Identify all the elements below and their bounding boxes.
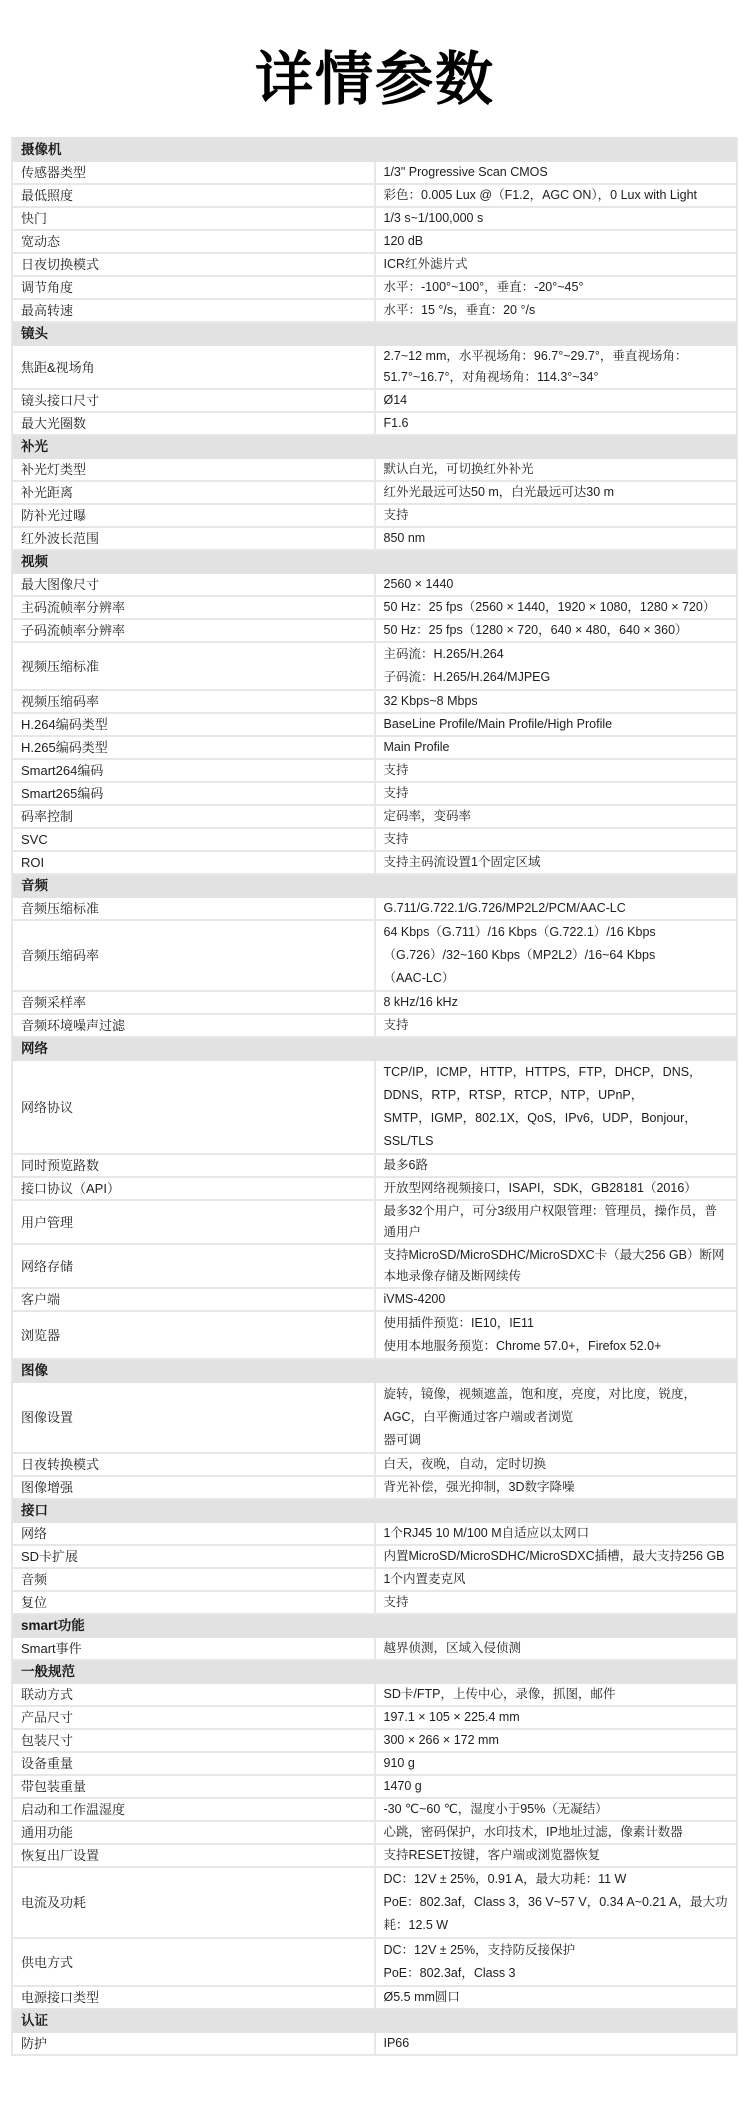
spec-value-line: Main Profile: [384, 737, 729, 758]
spec-value: 支持RESET按键，客户端或浏览器恢复: [375, 1844, 738, 1867]
spec-value: 旋转，镜像，视频遮盖，饱和度，亮度，对比度，锐度，AGC，白平衡通过客户端或者浏…: [375, 1382, 738, 1453]
spec-label: SVC: [12, 828, 375, 851]
spec-row: 视频压缩码率32 Kbps~8 Mbps: [12, 690, 737, 713]
spec-value-line: iVMS-4200: [384, 1289, 729, 1310]
section-header: 网络: [12, 1037, 737, 1060]
spec-row: 电流及功耗DC：12V ± 25%，0.91 A，最大功耗：11 WPoE：80…: [12, 1867, 737, 1938]
spec-table: 摄像机传感器类型1/3" Progressive Scan CMOS最低照度彩色…: [11, 137, 738, 2056]
spec-label: 图像增强: [12, 1476, 375, 1499]
section-title: smart功能: [12, 1614, 737, 1637]
spec-value-line: 开放型网络视频接口，ISAPI，SDK，GB28181（2016）: [384, 1178, 729, 1199]
section-header: 一般规范: [12, 1660, 737, 1683]
section-title: 网络: [12, 1037, 737, 1060]
spec-value-line: 1470 g: [384, 1776, 729, 1797]
spec-label: 传感器类型: [12, 161, 375, 184]
spec-table-body: 摄像机传感器类型1/3" Progressive Scan CMOS最低照度彩色…: [12, 138, 737, 2055]
section-title: 接口: [12, 1499, 737, 1522]
spec-value: 1个RJ45 10 M/100 M自适应以太网口: [375, 1522, 738, 1545]
spec-row: 浏览器使用插件预览：IE10，IE11使用本地服务预览：Chrome 57.0+…: [12, 1311, 737, 1359]
spec-value: SD卡/FTP，上传中心，录像，抓图，邮件: [375, 1683, 738, 1706]
spec-label: Smart265编码: [12, 782, 375, 805]
spec-value-line: 器可调: [384, 1429, 729, 1452]
spec-label: 同时预览路数: [12, 1154, 375, 1177]
spec-value-line: 支持: [384, 505, 729, 526]
section-header: 补光: [12, 435, 737, 458]
spec-value-line: 主码流：H.265/H.264: [384, 643, 729, 666]
spec-value: 开放型网络视频接口，ISAPI，SDK，GB28181（2016）: [375, 1177, 738, 1200]
spec-row: 用户管理最多32个用户，可分3级用户权限管理：管理员，操作员，普通用户: [12, 1200, 737, 1244]
spec-label: 产品尺寸: [12, 1706, 375, 1729]
section-title: 音频: [12, 874, 737, 897]
spec-row: 音频压缩标准G.711/G.722.1/G.726/MP2L2/PCM/AAC-…: [12, 897, 737, 920]
spec-value: 越界侦测，区域入侵侦测: [375, 1637, 738, 1660]
spec-row: 防护IP66: [12, 2032, 737, 2055]
spec-label: 带包装重量: [12, 1775, 375, 1798]
spec-label: 最低照度: [12, 184, 375, 207]
spec-row: 最大图像尺寸2560 × 1440: [12, 573, 737, 596]
spec-label: Smart264编码: [12, 759, 375, 782]
spec-value-line: 心跳，密码保护，水印技术，IP地址过滤，像素计数器: [384, 1822, 729, 1843]
section-header: 图像: [12, 1359, 737, 1382]
spec-value: 120 dB: [375, 230, 738, 253]
spec-label: 红外波长范围: [12, 527, 375, 550]
spec-value-line: 默认白光，可切换红外补光: [384, 459, 729, 480]
spec-value: 主码流：H.265/H.264子码流：H.265/H.264/MJPEG: [375, 642, 738, 690]
spec-label: SD卡扩展: [12, 1545, 375, 1568]
spec-row: H.265编码类型Main Profile: [12, 736, 737, 759]
spec-label: 供电方式: [12, 1938, 375, 1986]
section-header: 接口: [12, 1499, 737, 1522]
spec-value: 最多32个用户，可分3级用户权限管理：管理员，操作员，普通用户: [375, 1200, 738, 1244]
spec-value-line: 最多32个用户，可分3级用户权限管理：管理员，操作员，普通用户: [384, 1201, 729, 1243]
spec-value-line: 支持MicroSD/MicroSDHC/MicroSDXC卡（最大256 GB）…: [384, 1245, 729, 1287]
section-header: 摄像机: [12, 138, 737, 161]
spec-row: 图像设置旋转，镜像，视频遮盖，饱和度，亮度，对比度，锐度，AGC，白平衡通过客户…: [12, 1382, 737, 1453]
spec-label: Smart事件: [12, 1637, 375, 1660]
spec-row: 码率控制定码率，变码率: [12, 805, 737, 828]
spec-value: 64 Kbps（G.711）/16 Kbps（G.722.1）/16 Kbps（…: [375, 920, 738, 991]
spec-value-line: 子码流：H.265/H.264/MJPEG: [384, 666, 729, 689]
spec-label: 网络: [12, 1522, 375, 1545]
spec-row: 接口协议（API）开放型网络视频接口，ISAPI，SDK，GB28181（201…: [12, 1177, 737, 1200]
spec-value-line: 1个RJ45 10 M/100 M自适应以太网口: [384, 1523, 729, 1544]
spec-row: 最大光圈数F1.6: [12, 412, 737, 435]
spec-label: 用户管理: [12, 1200, 375, 1244]
spec-value: 1/3" Progressive Scan CMOS: [375, 161, 738, 184]
spec-value: TCP/IP，ICMP，HTTP，HTTPS，FTP，DHCP，DNS，DDNS…: [375, 1060, 738, 1154]
spec-value: 水平：-100°~100°，垂直：-20°~45°: [375, 276, 738, 299]
spec-value-line: 旋转，镜像，视频遮盖，饱和度，亮度，对比度，锐度，AGC，白平衡通过客户端或者浏…: [384, 1383, 729, 1429]
section-title: 图像: [12, 1359, 737, 1382]
spec-value-line: ICR红外滤片式: [384, 254, 729, 275]
spec-row: 快门1/3 s~1/100,000 s: [12, 207, 737, 230]
spec-row: 网络1个RJ45 10 M/100 M自适应以太网口: [12, 1522, 737, 1545]
spec-label: 主码流帧率分辨率: [12, 596, 375, 619]
spec-value-line: 水平：-100°~100°，垂直：-20°~45°: [384, 277, 729, 298]
spec-row: 音频环境噪声过滤支持: [12, 1014, 737, 1037]
spec-row: Smart265编码支持: [12, 782, 737, 805]
spec-row: 通用功能心跳，密码保护，水印技术，IP地址过滤，像素计数器: [12, 1821, 737, 1844]
spec-value-line: （AAC-LC）: [384, 967, 729, 990]
spec-value: 支持主码流设置1个固定区域: [375, 851, 738, 874]
spec-label: 通用功能: [12, 1821, 375, 1844]
spec-label: 防补光过曝: [12, 504, 375, 527]
spec-value-line: 910 g: [384, 1753, 729, 1774]
spec-label: 音频: [12, 1568, 375, 1591]
spec-value: 1470 g: [375, 1775, 738, 1798]
spec-value-line: 支持主码流设置1个固定区域: [384, 852, 729, 873]
spec-value-line: SD卡/FTP，上传中心，录像，抓图，邮件: [384, 1684, 729, 1705]
spec-label: 镜头接口尺寸: [12, 389, 375, 412]
spec-value-line: 支持RESET按键，客户端或浏览器恢复: [384, 1845, 729, 1866]
spec-value-line: 1个内置麦克风: [384, 1569, 729, 1590]
spec-value: ICR红外滤片式: [375, 253, 738, 276]
spec-value: G.711/G.722.1/G.726/MP2L2/PCM/AAC-LC: [375, 897, 738, 920]
spec-value-line: Ø5.5 mm圆口: [384, 1987, 729, 2008]
spec-label: 日夜切换模式: [12, 253, 375, 276]
spec-value-line: 越界侦测，区域入侵侦测: [384, 1638, 729, 1659]
spec-row: 补光灯类型默认白光，可切换红外补光: [12, 458, 737, 481]
spec-value-line: BaseLine Profile/Main Profile/High Profi…: [384, 714, 729, 735]
spec-label: 防护: [12, 2032, 375, 2055]
spec-label: 联动方式: [12, 1683, 375, 1706]
spec-value-line: PoE：802.3af，Class 3，36 V~57 V，0.34 A~0.2…: [384, 1891, 729, 1937]
spec-value: 内置MicroSD/MicroSDHC/MicroSDXC插槽，最大支持256 …: [375, 1545, 738, 1568]
section-title: 视频: [12, 550, 737, 573]
spec-row: 启动和工作温湿度-30 ℃~60 ℃，湿度小于95%（无凝结）: [12, 1798, 737, 1821]
spec-row: 调节角度水平：-100°~100°，垂直：-20°~45°: [12, 276, 737, 299]
spec-label: 启动和工作温湿度: [12, 1798, 375, 1821]
spec-label: ROI: [12, 851, 375, 874]
spec-value-line: 120 dB: [384, 231, 729, 252]
spec-value-line: 最多6路: [384, 1155, 729, 1176]
spec-row: SVC支持: [12, 828, 737, 851]
spec-label: 恢复出厂设置: [12, 1844, 375, 1867]
spec-label: 网络协议: [12, 1060, 375, 1154]
spec-value-line: 使用插件预览：IE10，IE11: [384, 1312, 729, 1335]
spec-label: 调节角度: [12, 276, 375, 299]
spec-value: BaseLine Profile/Main Profile/High Profi…: [375, 713, 738, 736]
spec-value: Ø5.5 mm圆口: [375, 1986, 738, 2009]
spec-value-line: 850 nm: [384, 528, 729, 549]
spec-label: 设备重量: [12, 1752, 375, 1775]
spec-label: 视频压缩码率: [12, 690, 375, 713]
spec-value: 910 g: [375, 1752, 738, 1775]
spec-label: 视频压缩标准: [12, 642, 375, 690]
spec-value-line: 水平：15 °/s，垂直：20 °/s: [384, 300, 729, 321]
spec-value-line: 红外光最远可达50 m，白光最远可达30 m: [384, 482, 729, 503]
spec-value: 定码率，变码率: [375, 805, 738, 828]
spec-row: Smart264编码支持: [12, 759, 737, 782]
spec-row: 网络协议TCP/IP，ICMP，HTTP，HTTPS，FTP，DHCP，DNS，…: [12, 1060, 737, 1154]
spec-value: 水平：15 °/s，垂直：20 °/s: [375, 299, 738, 322]
spec-value-line: 197.1 × 105 × 225.4 mm: [384, 1707, 729, 1728]
spec-value: 1个内置麦克风: [375, 1568, 738, 1591]
spec-row: 供电方式DC：12V ± 25%，支持防反接保护PoE：802.3af，Clas…: [12, 1938, 737, 1986]
spec-label: H.264编码类型: [12, 713, 375, 736]
spec-row: 客户端iVMS-4200: [12, 1288, 737, 1311]
spec-value-line: IP66: [384, 2033, 729, 2054]
section-header: 音频: [12, 874, 737, 897]
spec-value: 支持: [375, 1591, 738, 1614]
spec-row: 图像增强背光补偿，强光抑制，3D数字降噪: [12, 1476, 737, 1499]
spec-row: 网络存储支持MicroSD/MicroSDHC/MicroSDXC卡（最大256…: [12, 1244, 737, 1288]
section-title: 摄像机: [12, 138, 737, 161]
spec-label: 宽动态: [12, 230, 375, 253]
spec-label: 电流及功耗: [12, 1867, 375, 1938]
spec-value-line: 支持: [384, 783, 729, 804]
section-title: 镜头: [12, 322, 737, 345]
spec-row: 电源接口类型Ø5.5 mm圆口: [12, 1986, 737, 2009]
spec-value: 1/3 s~1/100,000 s: [375, 207, 738, 230]
spec-label: 浏览器: [12, 1311, 375, 1359]
spec-row: 宽动态120 dB: [12, 230, 737, 253]
spec-row: 子码流帧率分辨率50 Hz：25 fps（1280 × 720，640 × 48…: [12, 619, 737, 642]
spec-row: 包装尺寸300 × 266 × 172 mm: [12, 1729, 737, 1752]
spec-value: F1.6: [375, 412, 738, 435]
spec-value-line: 2.7~12 mm，水平视场角：96.7°~29.7°，垂直视场角：51.7°~…: [384, 346, 729, 388]
spec-value: 支持: [375, 1014, 738, 1037]
spec-row: 恢复出厂设置支持RESET按键，客户端或浏览器恢复: [12, 1844, 737, 1867]
spec-row: 产品尺寸197.1 × 105 × 225.4 mm: [12, 1706, 737, 1729]
spec-label: 音频环境噪声过滤: [12, 1014, 375, 1037]
page-title: 详情参数: [0, 44, 750, 114]
spec-row: 联动方式SD卡/FTP，上传中心，录像，抓图，邮件: [12, 1683, 737, 1706]
spec-row: 焦距&视场角2.7~12 mm，水平视场角：96.7°~29.7°，垂直视场角：…: [12, 345, 737, 389]
spec-row: 镜头接口尺寸Ø14: [12, 389, 737, 412]
spec-row: 传感器类型1/3" Progressive Scan CMOS: [12, 161, 737, 184]
spec-label: 补光灯类型: [12, 458, 375, 481]
spec-value: 8 kHz/16 kHz: [375, 991, 738, 1014]
spec-value-line: PoE：802.3af，Class 3: [384, 1962, 729, 1985]
spec-row: 日夜切换模式ICR红外滤片式: [12, 253, 737, 276]
spec-label: 音频压缩标准: [12, 897, 375, 920]
spec-value: Ø14: [375, 389, 738, 412]
spec-row: 防补光过曝支持: [12, 504, 737, 527]
spec-value-line: 背光补偿，强光抑制，3D数字降噪: [384, 1477, 729, 1498]
spec-value: 背光补偿，强光抑制，3D数字降噪: [375, 1476, 738, 1499]
spec-value-line: 定码率，变码率: [384, 806, 729, 827]
spec-row: 复位支持: [12, 1591, 737, 1614]
spec-value: 50 Hz：25 fps（1280 × 720，640 × 480，640 × …: [375, 619, 738, 642]
spec-row: 主码流帧率分辨率50 Hz：25 fps（2560 × 1440，1920 × …: [12, 596, 737, 619]
spec-label: 最高转速: [12, 299, 375, 322]
spec-label: 快门: [12, 207, 375, 230]
spec-value: 2.7~12 mm，水平视场角：96.7°~29.7°，垂直视场角：51.7°~…: [375, 345, 738, 389]
spec-value-line: 内置MicroSD/MicroSDHC/MicroSDXC插槽，最大支持256 …: [384, 1546, 729, 1567]
spec-value-line: 1/3 s~1/100,000 s: [384, 208, 729, 229]
spec-label: 最大光圈数: [12, 412, 375, 435]
spec-value-line: -30 ℃~60 ℃，湿度小于95%（无凝结）: [384, 1799, 729, 1820]
spec-value-line: 使用本地服务预览：Chrome 57.0+，Firefox 52.0+: [384, 1335, 729, 1358]
spec-row: Smart事件越界侦测，区域入侵侦测: [12, 1637, 737, 1660]
spec-value-line: 支持: [384, 1592, 729, 1613]
spec-label: 电源接口类型: [12, 1986, 375, 2009]
spec-value-line: DC：12V ± 25%，0.91 A，最大功耗：11 W: [384, 1868, 729, 1891]
spec-label: 包装尺寸: [12, 1729, 375, 1752]
spec-row: 设备重量910 g: [12, 1752, 737, 1775]
spec-value-line: 1/3" Progressive Scan CMOS: [384, 162, 729, 183]
spec-row: 红外波长范围850 nm: [12, 527, 737, 550]
spec-label: 日夜转换模式: [12, 1453, 375, 1476]
spec-value-line: 8 kHz/16 kHz: [384, 992, 729, 1013]
spec-value: Main Profile: [375, 736, 738, 759]
spec-value: 支持: [375, 504, 738, 527]
spec-label: 复位: [12, 1591, 375, 1614]
spec-value: 50 Hz：25 fps（2560 × 1440，1920 × 1080，128…: [375, 596, 738, 619]
spec-row: 最低照度彩色：0.005 Lux @（F1.2，AGC ON），0 Lux wi…: [12, 184, 737, 207]
section-title: 补光: [12, 435, 737, 458]
spec-value: IP66: [375, 2032, 738, 2055]
spec-value-line: Ø14: [384, 390, 729, 411]
spec-label: 码率控制: [12, 805, 375, 828]
spec-label: 补光距离: [12, 481, 375, 504]
spec-row: ROI支持主码流设置1个固定区域: [12, 851, 737, 874]
spec-row: 同时预览路数最多6路: [12, 1154, 737, 1177]
spec-value: 支持: [375, 782, 738, 805]
spec-label: 子码流帧率分辨率: [12, 619, 375, 642]
spec-value: iVMS-4200: [375, 1288, 738, 1311]
spec-value: 使用插件预览：IE10，IE11使用本地服务预览：Chrome 57.0+，Fi…: [375, 1311, 738, 1359]
spec-label: 客户端: [12, 1288, 375, 1311]
spec-row: 音频采样率8 kHz/16 kHz: [12, 991, 737, 1014]
spec-value-line: F1.6: [384, 413, 729, 434]
spec-value-line: 32 Kbps~8 Mbps: [384, 691, 729, 712]
spec-value-line: 300 × 266 × 172 mm: [384, 1730, 729, 1751]
spec-label: 最大图像尺寸: [12, 573, 375, 596]
spec-row: 最高转速水平：15 °/s，垂直：20 °/s: [12, 299, 737, 322]
spec-value-line: 白天，夜晚，自动，定时切换: [384, 1454, 729, 1475]
spec-value-line: 64 Kbps（G.711）/16 Kbps（G.722.1）/16 Kbps（…: [384, 921, 729, 967]
section-header: smart功能: [12, 1614, 737, 1637]
spec-value-line: 彩色：0.005 Lux @（F1.2，AGC ON），0 Lux with L…: [384, 185, 729, 206]
spec-label: 音频采样率: [12, 991, 375, 1014]
spec-value: 支持: [375, 828, 738, 851]
spec-row: 带包装重量1470 g: [12, 1775, 737, 1798]
spec-value: 850 nm: [375, 527, 738, 550]
spec-value: 支持MicroSD/MicroSDHC/MicroSDXC卡（最大256 GB）…: [375, 1244, 738, 1288]
spec-value-line: 50 Hz：25 fps（2560 × 1440，1920 × 1080，128…: [384, 597, 729, 618]
spec-value: 默认白光，可切换红外补光: [375, 458, 738, 481]
spec-value: 支持: [375, 759, 738, 782]
spec-label: 焦距&视场角: [12, 345, 375, 389]
section-header: 认证: [12, 2009, 737, 2032]
spec-value-line: SMTP，IGMP，802.1X，QoS，IPv6，UDP，Bonjour，SS…: [384, 1107, 729, 1153]
spec-value-line: 2560 × 1440: [384, 574, 729, 595]
spec-label: 接口协议（API）: [12, 1177, 375, 1200]
spec-value-line: DC：12V ± 25%，支持防反接保护: [384, 1939, 729, 1962]
section-header: 视频: [12, 550, 737, 573]
spec-row: 音频1个内置麦克风: [12, 1568, 737, 1591]
spec-value: 300 × 266 × 172 mm: [375, 1729, 738, 1752]
section-header: 镜头: [12, 322, 737, 345]
spec-value-line: G.711/G.722.1/G.726/MP2L2/PCM/AAC-LC: [384, 898, 729, 919]
spec-row: 视频压缩标准主码流：H.265/H.264子码流：H.265/H.264/MJP…: [12, 642, 737, 690]
spec-label: 音频压缩码率: [12, 920, 375, 991]
spec-value: 最多6路: [375, 1154, 738, 1177]
spec-row: 音频压缩码率64 Kbps（G.711）/16 Kbps（G.722.1）/16…: [12, 920, 737, 991]
section-title: 一般规范: [12, 1660, 737, 1683]
spec-value: DC：12V ± 25%，支持防反接保护PoE：802.3af，Class 3: [375, 1938, 738, 1986]
spec-value: DC：12V ± 25%，0.91 A，最大功耗：11 WPoE：802.3af…: [375, 1867, 738, 1938]
spec-value: 2560 × 1440: [375, 573, 738, 596]
spec-value-line: 支持: [384, 1015, 729, 1036]
spec-value-line: TCP/IP，ICMP，HTTP，HTTPS，FTP，DHCP，DNS，DDNS…: [384, 1061, 729, 1107]
spec-value: 白天，夜晚，自动，定时切换: [375, 1453, 738, 1476]
section-title: 认证: [12, 2009, 737, 2032]
spec-value-line: 支持: [384, 760, 729, 781]
spec-value: 彩色：0.005 Lux @（F1.2，AGC ON），0 Lux with L…: [375, 184, 738, 207]
spec-value: 心跳，密码保护，水印技术，IP地址过滤，像素计数器: [375, 1821, 738, 1844]
spec-label: 网络存储: [12, 1244, 375, 1288]
spec-row: SD卡扩展内置MicroSD/MicroSDHC/MicroSDXC插槽，最大支…: [12, 1545, 737, 1568]
spec-row: 补光距离红外光最远可达50 m，白光最远可达30 m: [12, 481, 737, 504]
spec-value: -30 ℃~60 ℃，湿度小于95%（无凝结）: [375, 1798, 738, 1821]
spec-value: 红外光最远可达50 m，白光最远可达30 m: [375, 481, 738, 504]
spec-label: H.265编码类型: [12, 736, 375, 759]
spec-value: 197.1 × 105 × 225.4 mm: [375, 1706, 738, 1729]
spec-value-line: 支持: [384, 829, 729, 850]
spec-row: H.264编码类型BaseLine Profile/Main Profile/H…: [12, 713, 737, 736]
spec-value: 32 Kbps~8 Mbps: [375, 690, 738, 713]
spec-value-line: 50 Hz：25 fps（1280 × 720，640 × 480，640 × …: [384, 620, 729, 641]
spec-row: 日夜转换模式白天，夜晚，自动，定时切换: [12, 1453, 737, 1476]
spec-label: 图像设置: [12, 1382, 375, 1453]
